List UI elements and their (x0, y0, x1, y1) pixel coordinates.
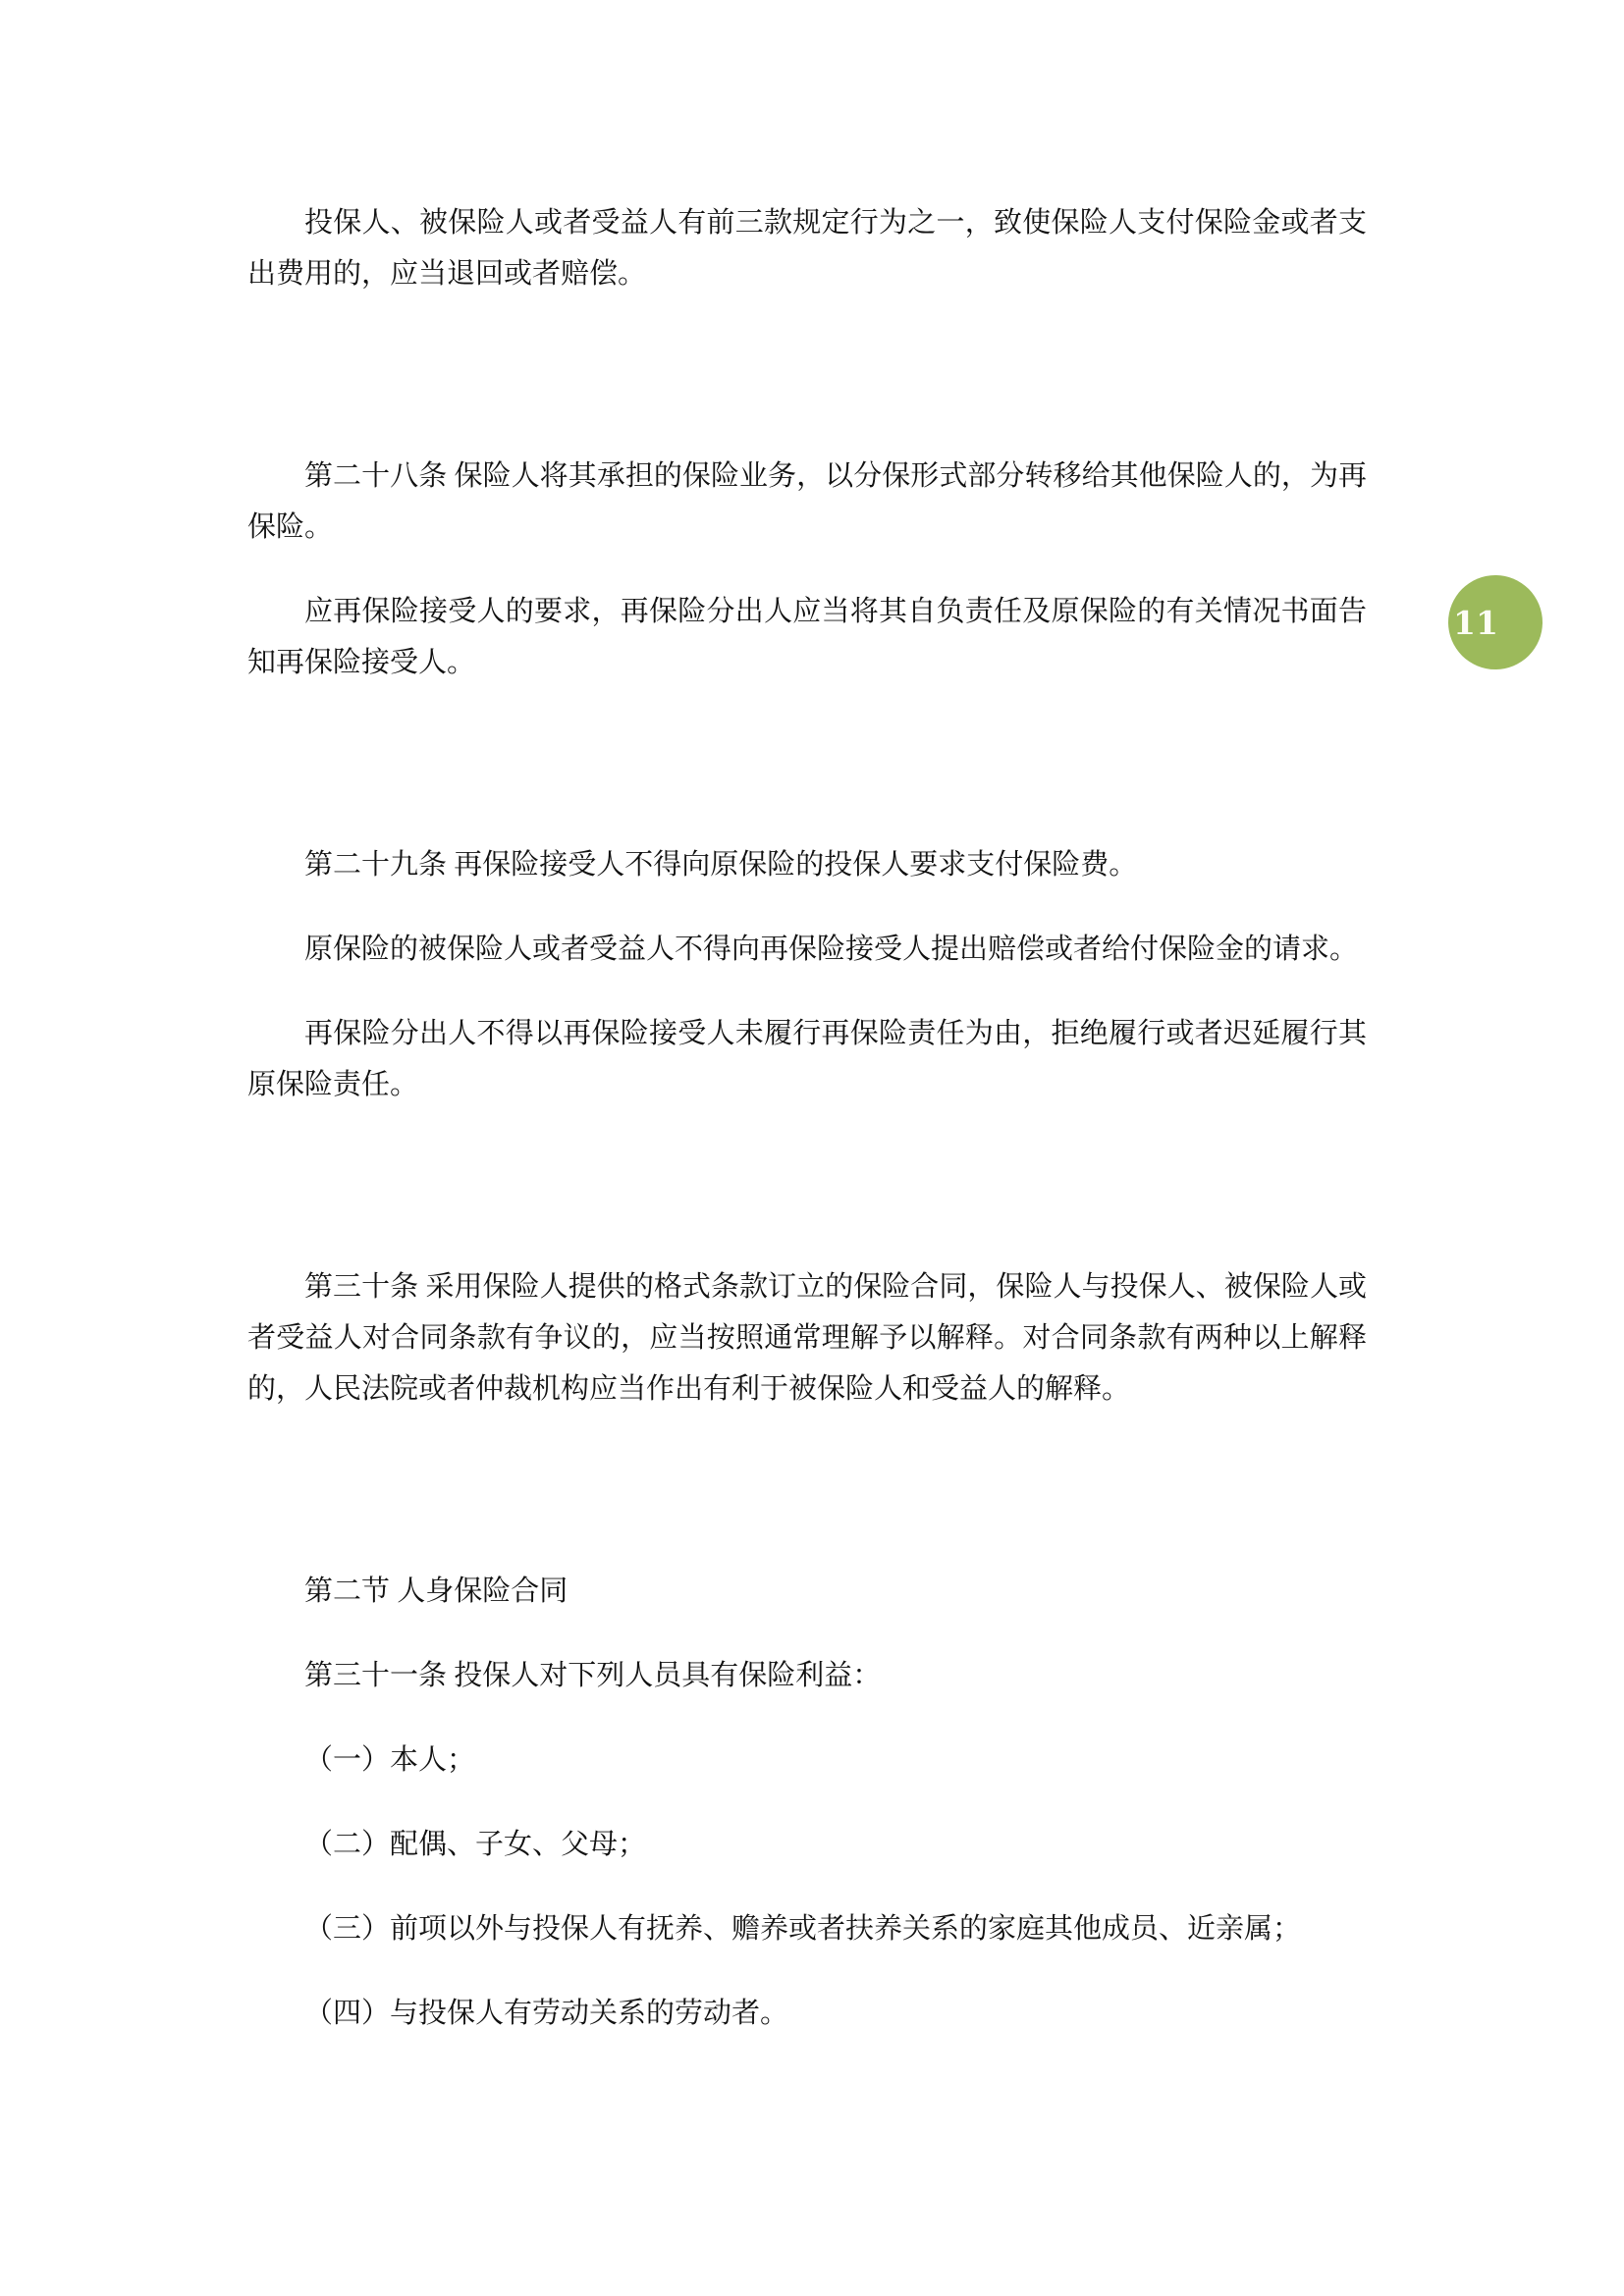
paragraph: 投保人、被保险人或者受益人有前三款规定行为之一，致使保险人支付保险金或者支出费用… (247, 197, 1367, 299)
list-item: （二）配偶、子女、父母； (247, 1819, 1367, 1870)
section-heading: 第二节 人身保险合同 (247, 1566, 1367, 1617)
paragraph-article-29: 第二十九条 再保险接受人不得向原保险的投保人要求支付保险费。 (247, 839, 1367, 890)
paragraph-article-30: 第三十条 采用保险人提供的格式条款订立的保险合同，保险人与投保人、被保险人或者受… (247, 1261, 1367, 1415)
list-item: （四）与投保人有劳动关系的劳动者。 (247, 1988, 1367, 2039)
paragraph-article-31: 第三十一条 投保人对下列人员具有保险利益： (247, 1650, 1367, 1701)
document-body: 投保人、被保险人或者受益人有前三款规定行为之一，致使保险人支付保险金或者支出费用… (247, 197, 1367, 2039)
list-item: （一）本人； (247, 1735, 1367, 1786)
paragraph: 原保险的被保险人或者受益人不得向再保险接受人提出赔偿或者给付保险金的请求。 (247, 924, 1367, 975)
paragraph: 应再保险接受人的要求，再保险分出人应当将其自负责任及原保险的有关情况书面告知再保… (247, 586, 1367, 688)
page-number-badge: 11 (1448, 575, 1543, 669)
paragraph-article-28: 第二十八条 保险人将其承担的保险业务，以分保形式部分转移给其他保险人的，为再保险… (247, 451, 1367, 553)
page-number: 11 (1453, 607, 1498, 639)
paragraph: 再保险分出人不得以再保险接受人未履行再保险责任为由，拒绝履行或者迟延履行其原保险… (247, 1008, 1367, 1110)
list-item: （三）前项以外与投保人有抚养、赡养或者扶养关系的家庭其他成员、近亲属； (247, 1903, 1367, 1954)
document-page: 投保人、被保险人或者受益人有前三款规定行为之一，致使保险人支付保险金或者支出费用… (0, 0, 1624, 2296)
